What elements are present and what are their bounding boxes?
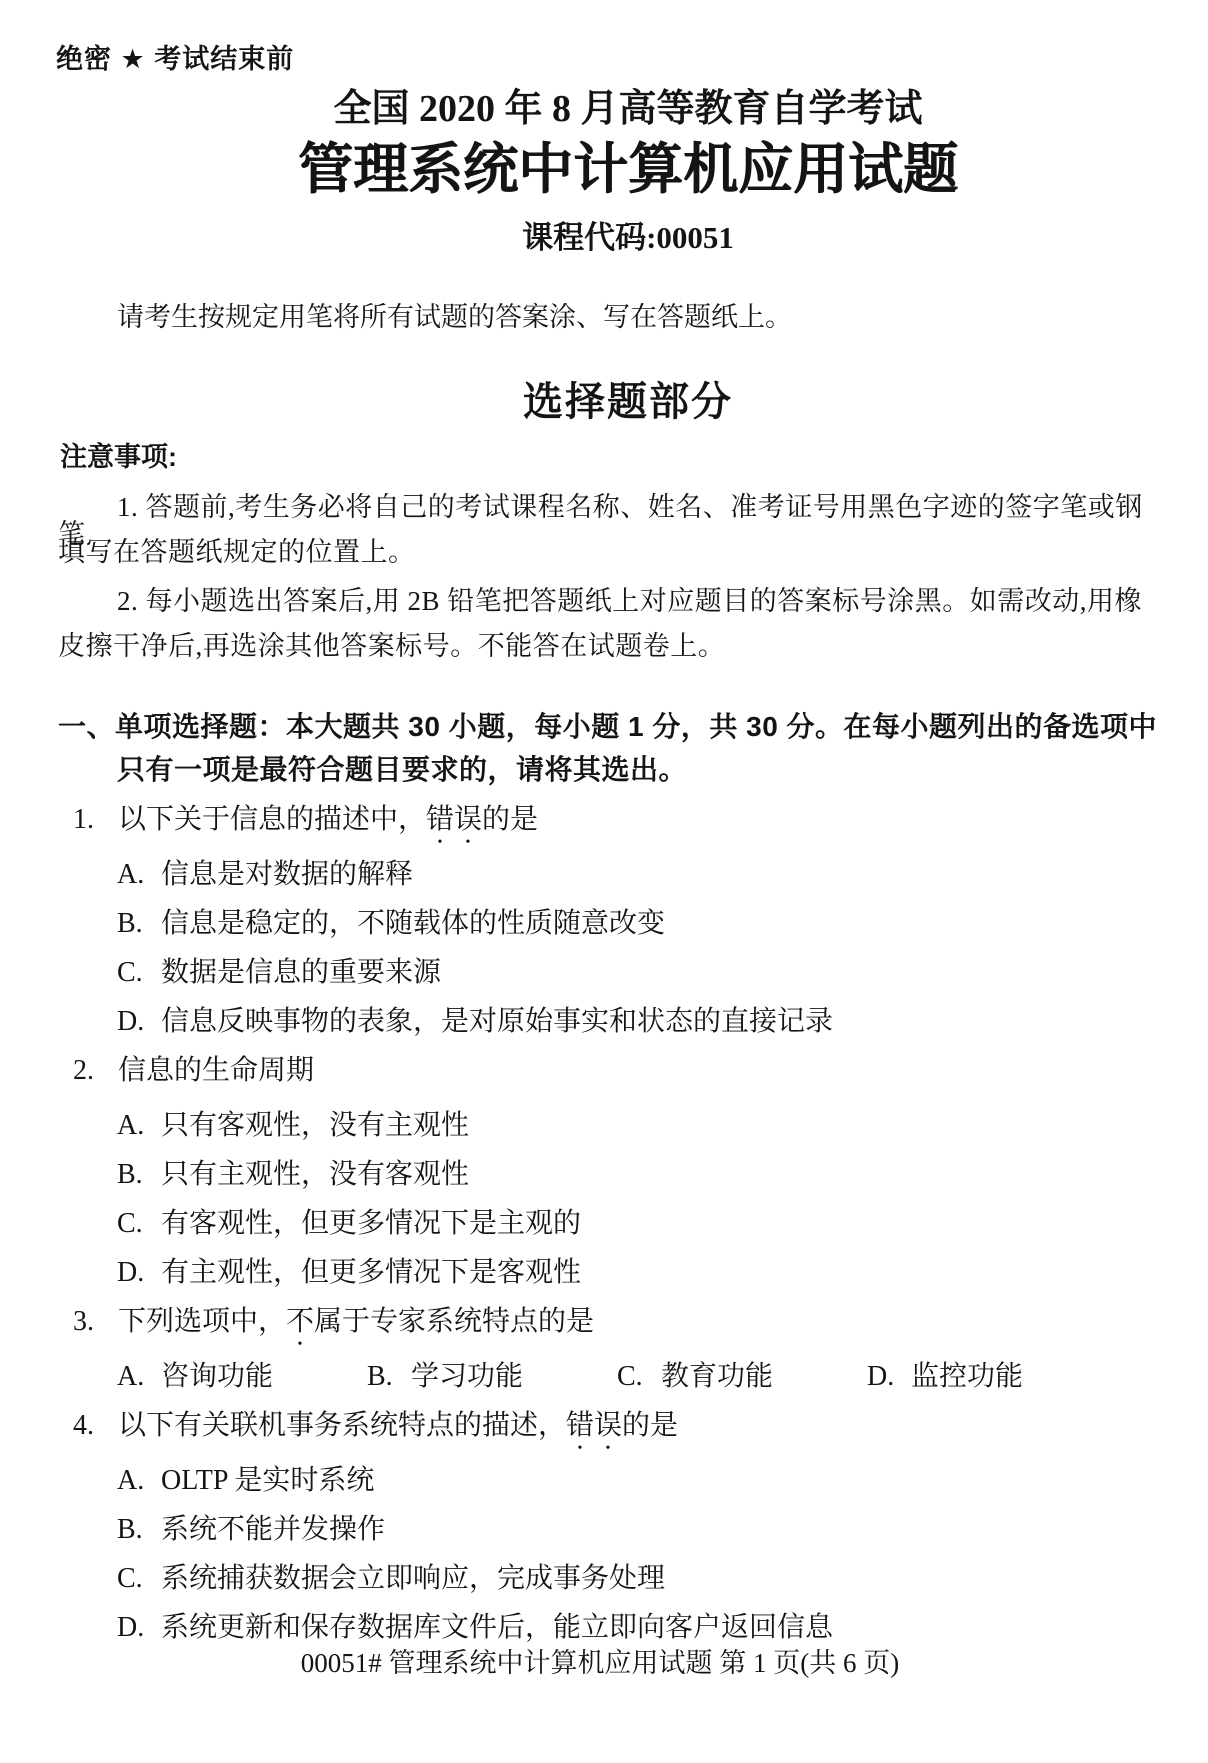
question-4-option-c: C.系统捕获数据会立即响应，完成事务处理 [58, 1554, 1168, 1603]
option-text: 咨询功能 [161, 1361, 273, 1392]
option-label: B. [117, 1150, 161, 1199]
option-text: 系统捕获数据会立即响应，完成事务处理 [161, 1563, 665, 1594]
course-code: 课程代码:00051 [0, 222, 1208, 253]
option-text: 数据是信息的重要来源 [161, 957, 441, 988]
note-item-2-line-2: 皮擦干净后,再选涂其他答案标号。不能答在试题卷上。 [58, 633, 1158, 660]
question-3-option-a: A.咨询功能 [117, 1352, 367, 1401]
part-one-heading-line-2: 只有一项是最符合题目要求的，请将其选出。 [117, 756, 687, 784]
question-2-option-a: A.只有客观性，没有主观性 [58, 1101, 1168, 1150]
question-2-option-b: B.只有主观性，没有客观性 [58, 1150, 1168, 1199]
option-label: D. [117, 1603, 161, 1652]
option-label: A. [117, 1352, 161, 1401]
question-text-emphasis: 错误 [566, 1410, 622, 1441]
part-one-heading-line-1: 一、单项选择题：本大题共 30 小题，每小题 1 分，共 30 分。在每小题列出… [58, 713, 1157, 741]
option-label: D. [117, 997, 161, 1046]
question-number: 3. [73, 1297, 118, 1346]
option-label: A. [117, 1456, 161, 1505]
option-text: OLTP 是实时系统 [161, 1465, 374, 1496]
question-2-option-d: D.有主观性，但更多情况下是客观性 [58, 1248, 1168, 1297]
paper-title: 管理系统中计算机应用试题 [0, 142, 1208, 197]
option-label: A. [117, 1101, 161, 1150]
question-3-options-row: A.咨询功能 B.学习功能 C.教育功能 D.监控功能 [58, 1352, 1168, 1401]
question-1-option-b: B.信息是稳定的，不随载体的性质随意改变 [58, 899, 1168, 948]
option-label: C. [617, 1352, 661, 1401]
exam-paper-page: 绝密 ★ 考试结束前 全国 2020 年 8 月高等教育自学考试 管理系统中计算… [0, 0, 1208, 1763]
question-text: 以下关于信息的描述中， [118, 804, 426, 835]
question-text: 下列选项中， [118, 1306, 286, 1337]
question-number: 1. [73, 795, 118, 844]
note-item-2-line-1: 2. 每小题选出答案后,用 2B 铅笔把答题纸上对应题目的答案标号涂黑。如需改动… [58, 588, 1158, 615]
question-text-emphasis: 错误 [426, 804, 482, 835]
option-text: 有主观性，但更多情况下是客观性 [161, 1257, 581, 1288]
question-3-option-c: C.教育功能 [617, 1352, 867, 1401]
notes-heading: 注意事项: [60, 444, 177, 471]
note-item-1-line-2: 填写在答题纸规定的位置上。 [58, 539, 1158, 566]
option-text: 信息是稳定的，不随载体的性质随意改变 [161, 908, 665, 939]
question-text: 信息的生命周期 [118, 1055, 314, 1086]
question-1-option-c: C.数据是信息的重要来源 [58, 948, 1168, 997]
question-1-option-d: D.信息反映事物的表象，是对原始事实和状态的直接记录 [58, 997, 1168, 1046]
question-text: 的是 [622, 1410, 678, 1441]
option-label: C. [117, 1199, 161, 1248]
option-text: 只有客观性，没有主观性 [161, 1110, 469, 1141]
option-label: B. [367, 1352, 411, 1401]
option-text: 监控功能 [911, 1361, 1023, 1392]
question-list: 1.以下关于信息的描述中，错误的是 A.信息是对数据的解释 B.信息是稳定的，不… [58, 795, 1168, 1652]
question-number: 2. [73, 1046, 118, 1095]
question-1-option-a: A.信息是对数据的解释 [58, 850, 1168, 899]
question-4-option-d: D.系统更新和保存数据库文件后，能立即向客户返回信息 [58, 1603, 1168, 1652]
section-title: 选择题部分 [0, 382, 1208, 422]
question-4-option-a: A.OLTP 是实时系统 [58, 1456, 1168, 1505]
question-4: 4.以下有关联机事务系统特点的描述，错误的是 [58, 1401, 1168, 1456]
option-text: 信息反映事物的表象，是对原始事实和状态的直接记录 [161, 1006, 833, 1037]
option-text: 教育功能 [661, 1361, 773, 1392]
question-number: 4. [73, 1401, 118, 1450]
exam-session-title: 全国 2020 年 8 月高等教育自学考试 [0, 90, 1208, 128]
option-label: A. [117, 850, 161, 899]
option-label: C. [117, 948, 161, 997]
option-text: 信息是对数据的解释 [161, 859, 413, 890]
question-3: 3.下列选项中，不属于专家系统特点的是 [58, 1297, 1168, 1352]
option-label: D. [867, 1352, 911, 1401]
option-label: C. [117, 1554, 161, 1603]
question-text-emphasis: 不 [286, 1306, 314, 1337]
question-text: 以下有关联机事务系统特点的描述， [118, 1410, 566, 1441]
option-label: B. [117, 1505, 161, 1554]
question-3-option-d: D.监控功能 [867, 1352, 1117, 1401]
option-text: 只有主观性，没有客观性 [161, 1159, 469, 1190]
option-text: 有客观性，但更多情况下是主观的 [161, 1208, 581, 1239]
question-2: 2.信息的生命周期 [58, 1046, 1168, 1101]
classification-banner: 绝密 ★ 考试结束前 [56, 46, 294, 73]
option-label: D. [117, 1248, 161, 1297]
option-text: 系统更新和保存数据库文件后，能立即向客户返回信息 [161, 1612, 833, 1643]
page-footer: 00051# 管理系统中计算机应用试题 第 1 页(共 6 页) [0, 1650, 1180, 1677]
question-4-option-b: B.系统不能并发操作 [58, 1505, 1168, 1554]
question-3-option-b: B.学习功能 [367, 1352, 617, 1401]
question-text: 属于专家系统特点的是 [314, 1306, 594, 1337]
question-text: 的是 [482, 804, 538, 835]
question-1: 1.以下关于信息的描述中，错误的是 [58, 795, 1168, 850]
answer-sheet-instruction: 请考生按规定用笔将所有试题的答案涂、写在答题纸上。 [117, 304, 792, 331]
option-text: 学习功能 [411, 1361, 523, 1392]
option-label: B. [117, 899, 161, 948]
option-text: 系统不能并发操作 [161, 1514, 385, 1545]
question-2-option-c: C.有客观性，但更多情况下是主观的 [58, 1199, 1168, 1248]
